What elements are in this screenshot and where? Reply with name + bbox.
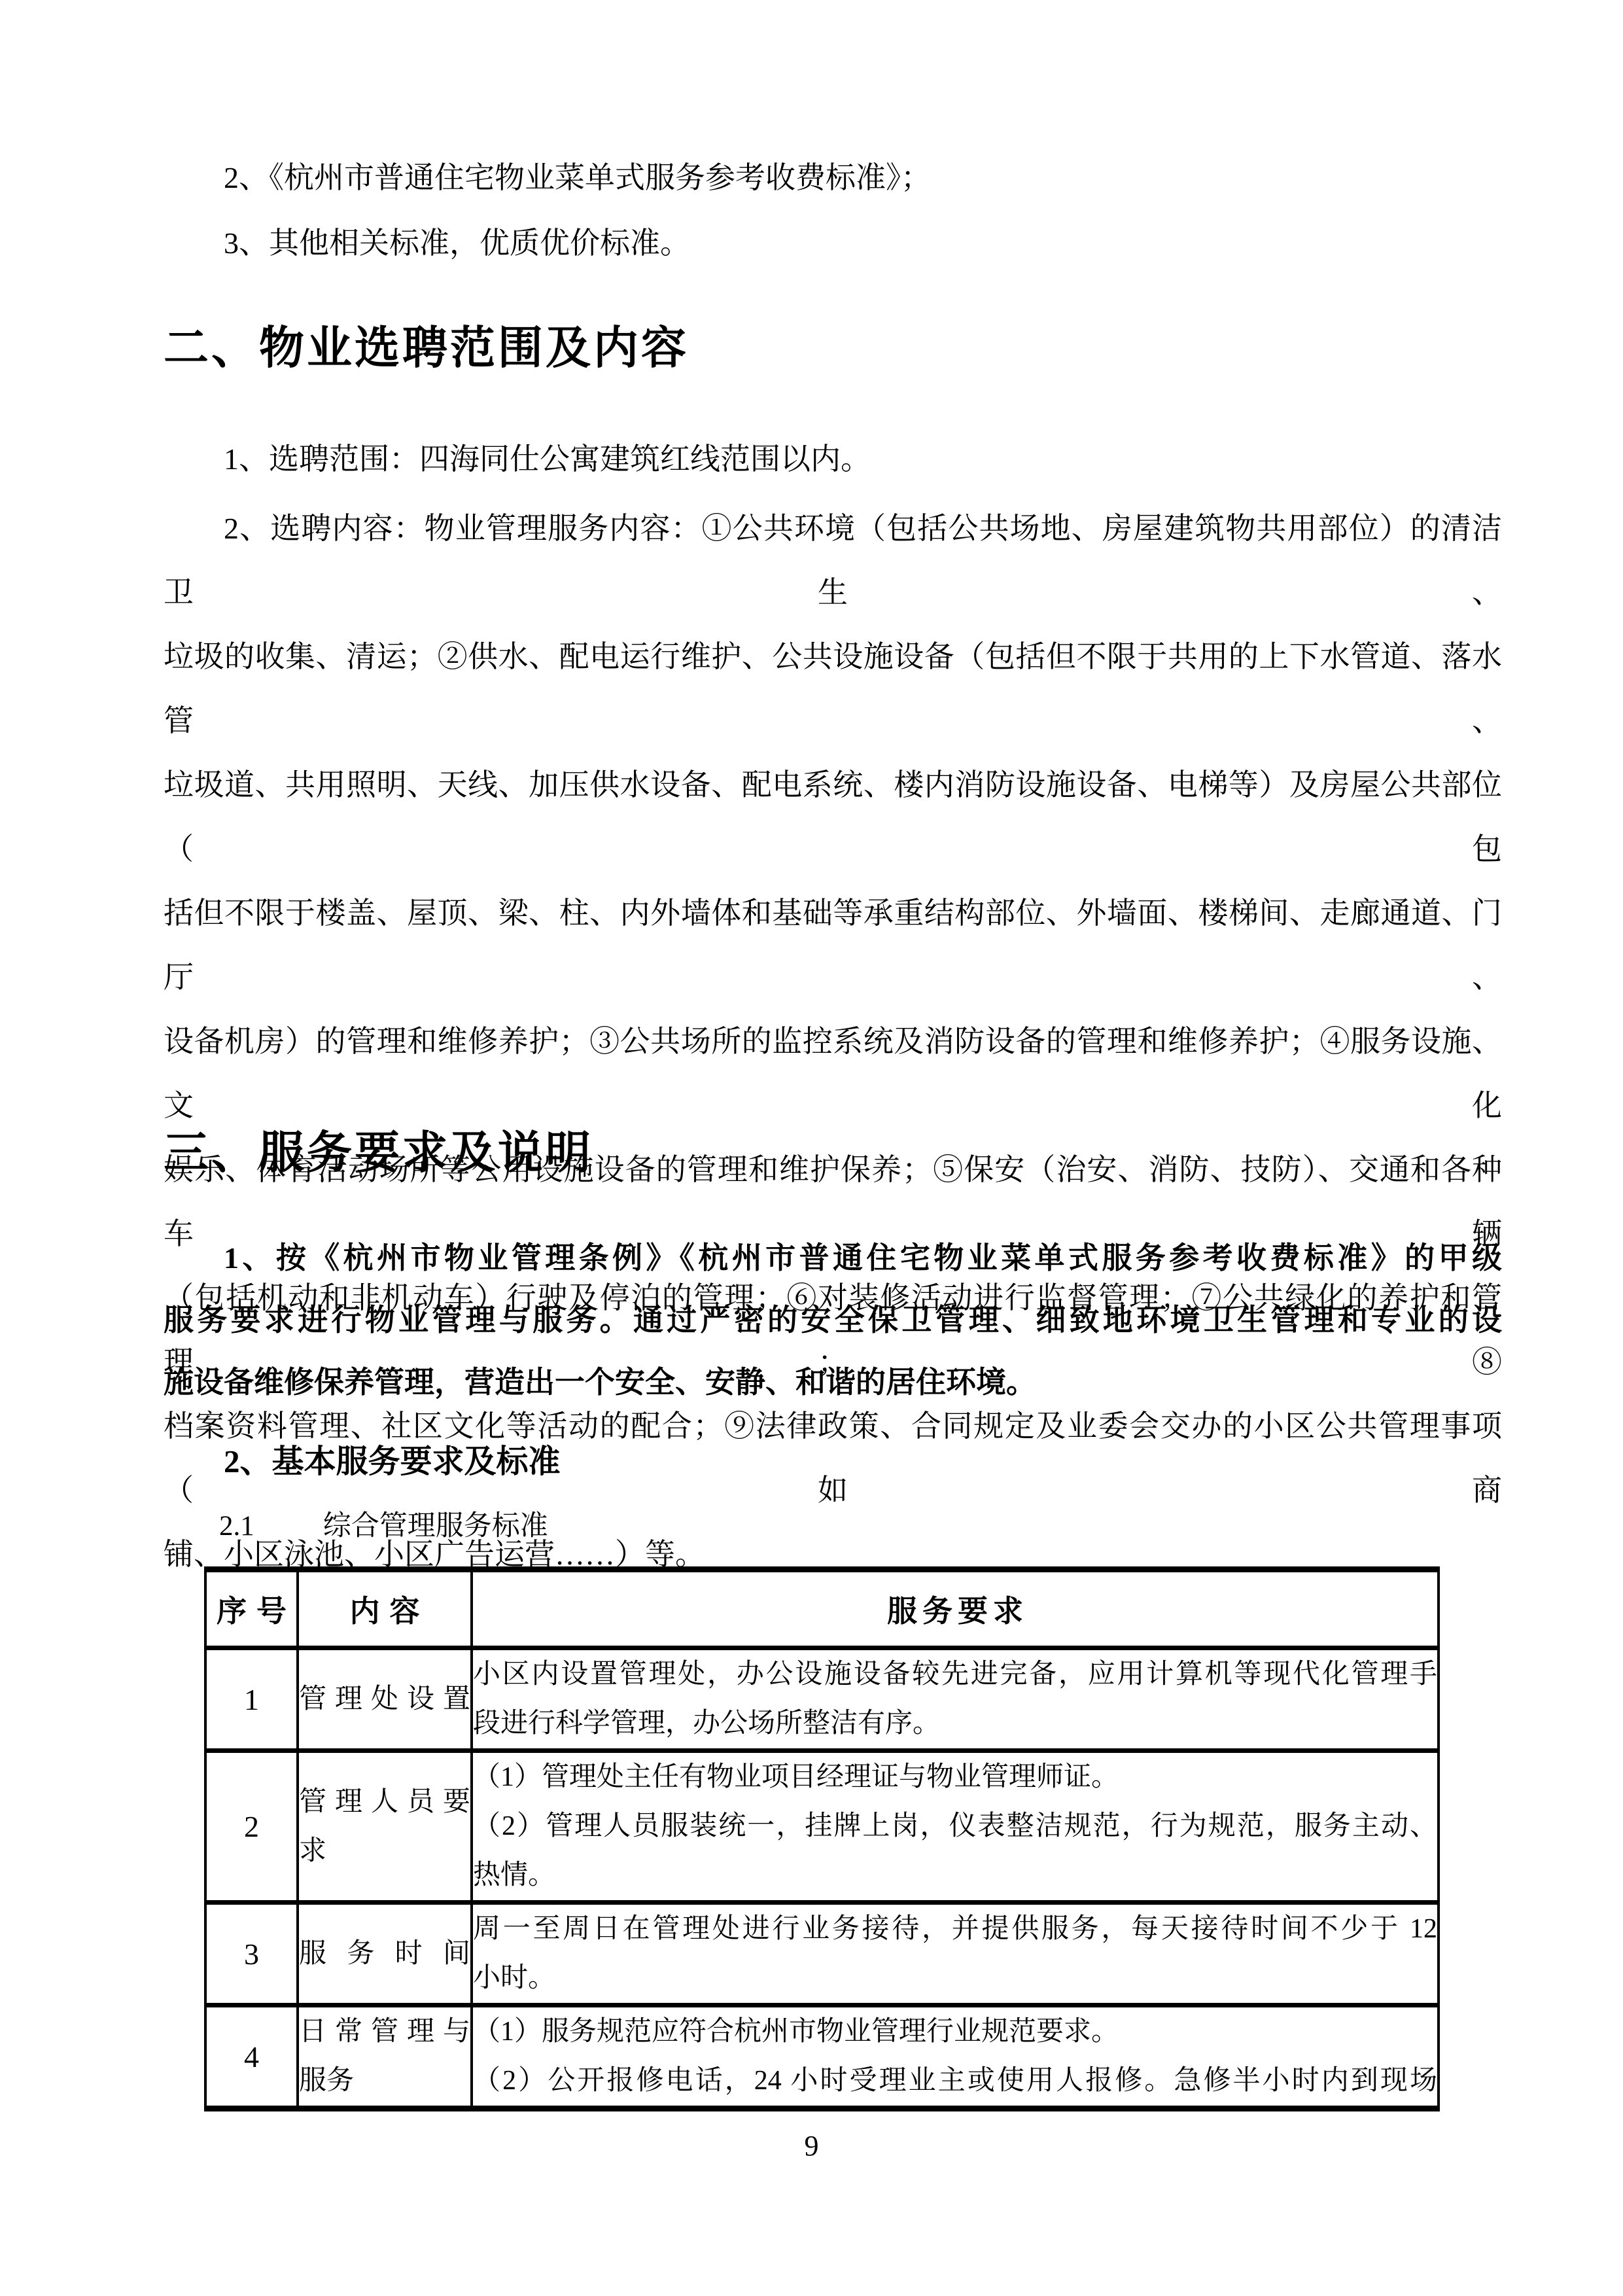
row-content: 日常管理与 服务 [298,2005,472,2109]
section-2-heading: 二、物业选聘范围及内容 [164,322,1502,374]
header-cell-req: 服务要求 [472,1570,1439,1648]
requirement-line: （2）管理人员服装统一，挂牌上岗，仪表整洁规范，行为规范，服务主动、 [473,1802,1437,1851]
subsection-2-heading: 2、基本服务要求及标准 [164,1442,1502,1481]
content-line: 垃圾道、共用照明、天线、加压供水设备、配电系统、楼内消防设施设备、电梯等）及房屋… [164,753,1502,881]
reference-item-2: 2、《杭州市普通住宅物业菜单式服务参考收费标准》； [164,158,1502,198]
content-cell-line: 管理人员要 [299,1778,470,1827]
requirement-line: 小区内设置管理处，办公设施设备较先进完备，应用计算机等现代化管理手 [473,1650,1437,1699]
row-content: 服务时间 [298,1903,472,2005]
grade-line: 1、按《杭州市物业管理条例》《杭州市普通住宅物业菜单式服务参考收费标准》的甲级 [164,1227,1502,1289]
row-requirement: 小区内设置管理处，办公设施设备较先进完备，应用计算机等现代化管理手 段进行科学管… [472,1648,1439,1751]
subsection-2-1-number: 2.1 [219,1508,254,1544]
requirement-line: 热情。 [473,1851,1437,1900]
grade-paragraph: 1、按《杭州市物业管理条例》《杭州市普通住宅物业菜单式服务参考收费标准》的甲级 … [164,1227,1502,1413]
header-cell-content: 内容 [298,1570,472,1648]
table-row: 1 管理处设置 小区内设置管理处，办公设施设备较先进完备，应用计算机等现代化管理… [205,1648,1439,1751]
row-requirement: 周一至周日在管理处进行业务接待，并提供服务，每天接待时间不少于 12 小时。 [472,1903,1439,2005]
page-number: 9 [0,2128,1623,2164]
requirement-line: （2）公开报修电话，24 小时受理业主或使用人报修。急修半小时内到现场 [473,2057,1437,2106]
table-row: 4 日常管理与 服务 （1）服务规范应符合杭州市物业管理行业规范要求。 （2）公… [205,2005,1439,2109]
content-cell-line: 服务时间 [299,1930,470,1979]
content-cell-line: 求 [299,1827,470,1876]
row-number: 1 [205,1648,298,1751]
subsection-2-1-heading: 2.1综合管理服务标准 [164,1508,1502,1544]
content-cell-line: 管理处设置 [299,1675,470,1724]
row-requirement: （1）管理处主任有物业项目经理证与物业管理师证。 （2）管理人员服装统一，挂牌上… [472,1751,1439,1903]
row-content: 管理人员要 求 [298,1751,472,1903]
requirement-line: 小时。 [473,1954,1437,2003]
scope-paragraph: 1、选聘范围：四海同仕公寓建筑红线范围以内。 [164,440,1502,479]
table-row: 3 服务时间 周一至周日在管理处进行业务接待，并提供服务，每天接待时间不少于 1… [205,1903,1439,2005]
content-line: 2、选聘内容：物业管理服务内容：①公共环境（包括公共场地、房屋建筑物共用部位）的… [164,497,1502,625]
content-line: 垃圾的收集、清运；②供水、配电运行维护、公共设施设备（包括但不限于共用的上下水管… [164,625,1502,753]
row-number: 4 [205,2005,298,2109]
table-header-row: 序号 内容 服务要求 [205,1570,1439,1648]
service-standard-table: 序号 内容 服务要求 1 管理处设置 小区内设置管理处，办公设施设备较先进完备，… [204,1566,1440,2111]
row-number: 3 [205,1903,298,2005]
requirement-line: 段进行科学管理，办公场所整洁有序。 [473,1699,1437,1748]
section-3-heading: 三、服务要求及说明 [164,1127,1502,1179]
requirement-line: （1）服务规范应符合杭州市物业管理行业规范要求。 [473,2007,1437,2057]
grade-line: 服务要求进行物业管理与服务。通过严密的安全保卫管理、细致地环境卫生管理和专业的设 [164,1289,1502,1351]
content-line: 括但不限于楼盖、屋顶、梁、柱、内外墙体和基础等承重结构部位、外墙面、楼梯间、走廊… [164,881,1502,1010]
content-cell-line: 服务 [299,2057,470,2106]
row-content: 管理处设置 [298,1648,472,1751]
requirement-line: （1）管理处主任有物业项目经理证与物业管理师证。 [473,1753,1437,1802]
content-cell-line: 日常管理与 [299,2007,470,2057]
requirement-line: 周一至周日在管理处进行业务接待，并提供服务，每天接待时间不少于 12 [473,1905,1437,1954]
subsection-2-1-title: 综合管理服务标准 [323,1508,548,1544]
document-page: 2、《杭州市普通住宅物业菜单式服务参考收费标准》； 3、其他相关标准，优质优价标… [0,0,1623,2296]
content-line: 设备机房）的管理和维修养护；③公共场所的监控系统及消防设备的管理和维修养护；④服… [164,1010,1502,1138]
grade-line: 施设备维修保养管理，营造出一个安全、安静、和谐的居住环境。 [164,1351,1502,1413]
table-row: 2 管理人员要 求 （1）管理处主任有物业项目经理证与物业管理师证。 （2）管理… [205,1751,1439,1903]
row-number: 2 [205,1751,298,1903]
row-requirement: （1）服务规范应符合杭州市物业管理行业规范要求。 （2）公开报修电话，24 小时… [472,2005,1439,2109]
content-paragraph: 2、选聘内容：物业管理服务内容：①公共环境（包括公共场地、房屋建筑物共用部位）的… [164,497,1502,1587]
header-cell-no: 序号 [205,1570,298,1648]
reference-item-3: 3、其他相关标准，优质优价标准。 [164,224,1502,263]
